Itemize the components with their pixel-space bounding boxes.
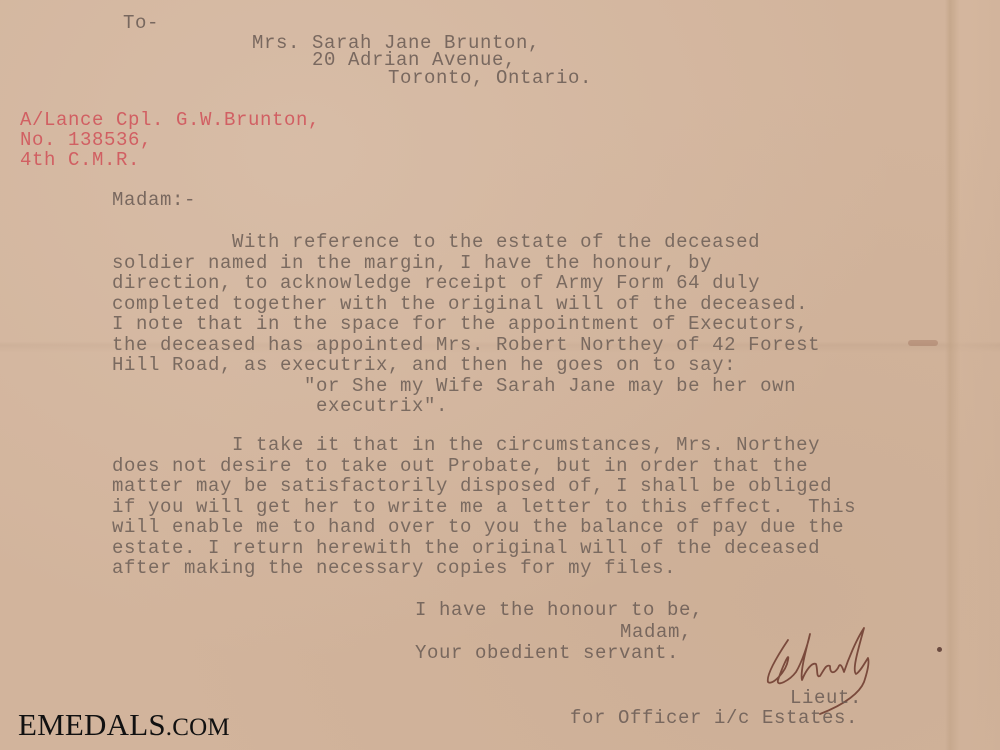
body-line: estate. I return herewith the original w… [112,538,902,559]
closing-line-2: Madam, [620,622,692,643]
signature-rank: Lieut. [790,688,862,709]
to-label: To- [123,13,159,34]
paper-stain [908,340,938,346]
emedals-watermark: EMEDALS.COM [18,707,230,743]
margin-soldier-unit: 4th C.M.R. [20,150,140,171]
body-line: I note that in the space for the appoint… [112,314,902,335]
salutation: Madam:- [112,190,196,211]
body-paragraph-2: I take it that in the circumstances, Mrs… [112,435,902,579]
body-line: the deceased has appointed Mrs. Robert N… [112,335,902,356]
body-line: With reference to the estate of the dece… [112,232,902,253]
closing-line-1: I have the honour to be, [415,600,703,621]
margin-soldier-name: A/Lance Cpl. G.W.Brunton, [20,110,320,131]
signature-title: for Officer i/c Estates. [570,708,858,729]
addressee-city: Toronto, Ontario. [388,68,592,89]
body-line: will enable me to hand over to you the b… [112,517,902,538]
body-paragraph-1: With reference to the estate of the dece… [112,232,902,417]
quoted-will-line: executrix". [112,396,902,417]
body-line: direction, to acknowledge receipt of Arm… [112,273,902,294]
body-line: completed together with the original wil… [112,294,902,315]
quoted-will-line: "or She my Wife Sarah Jane may be her ow… [112,376,902,397]
body-line: matter may be satisfactorily disposed of… [112,476,902,497]
body-line: soldier named in the margin, I have the … [112,253,902,274]
body-line: if you will get her to write me a letter… [112,497,902,518]
body-line: does not desire to take out Probate, but… [112,456,902,477]
watermark-suffix: .COM [166,714,230,741]
margin-soldier-number: No. 138536, [20,130,152,151]
body-line: I take it that in the circumstances, Mrs… [112,435,902,456]
body-line: Hill Road, as executrix, and then he goe… [112,355,902,376]
ink-dot [937,647,942,652]
closing-line-3: Your obedient servant. [415,643,679,664]
watermark-main: EMEDALS [18,707,166,742]
body-line: after making the necessary copies for my… [112,558,902,579]
